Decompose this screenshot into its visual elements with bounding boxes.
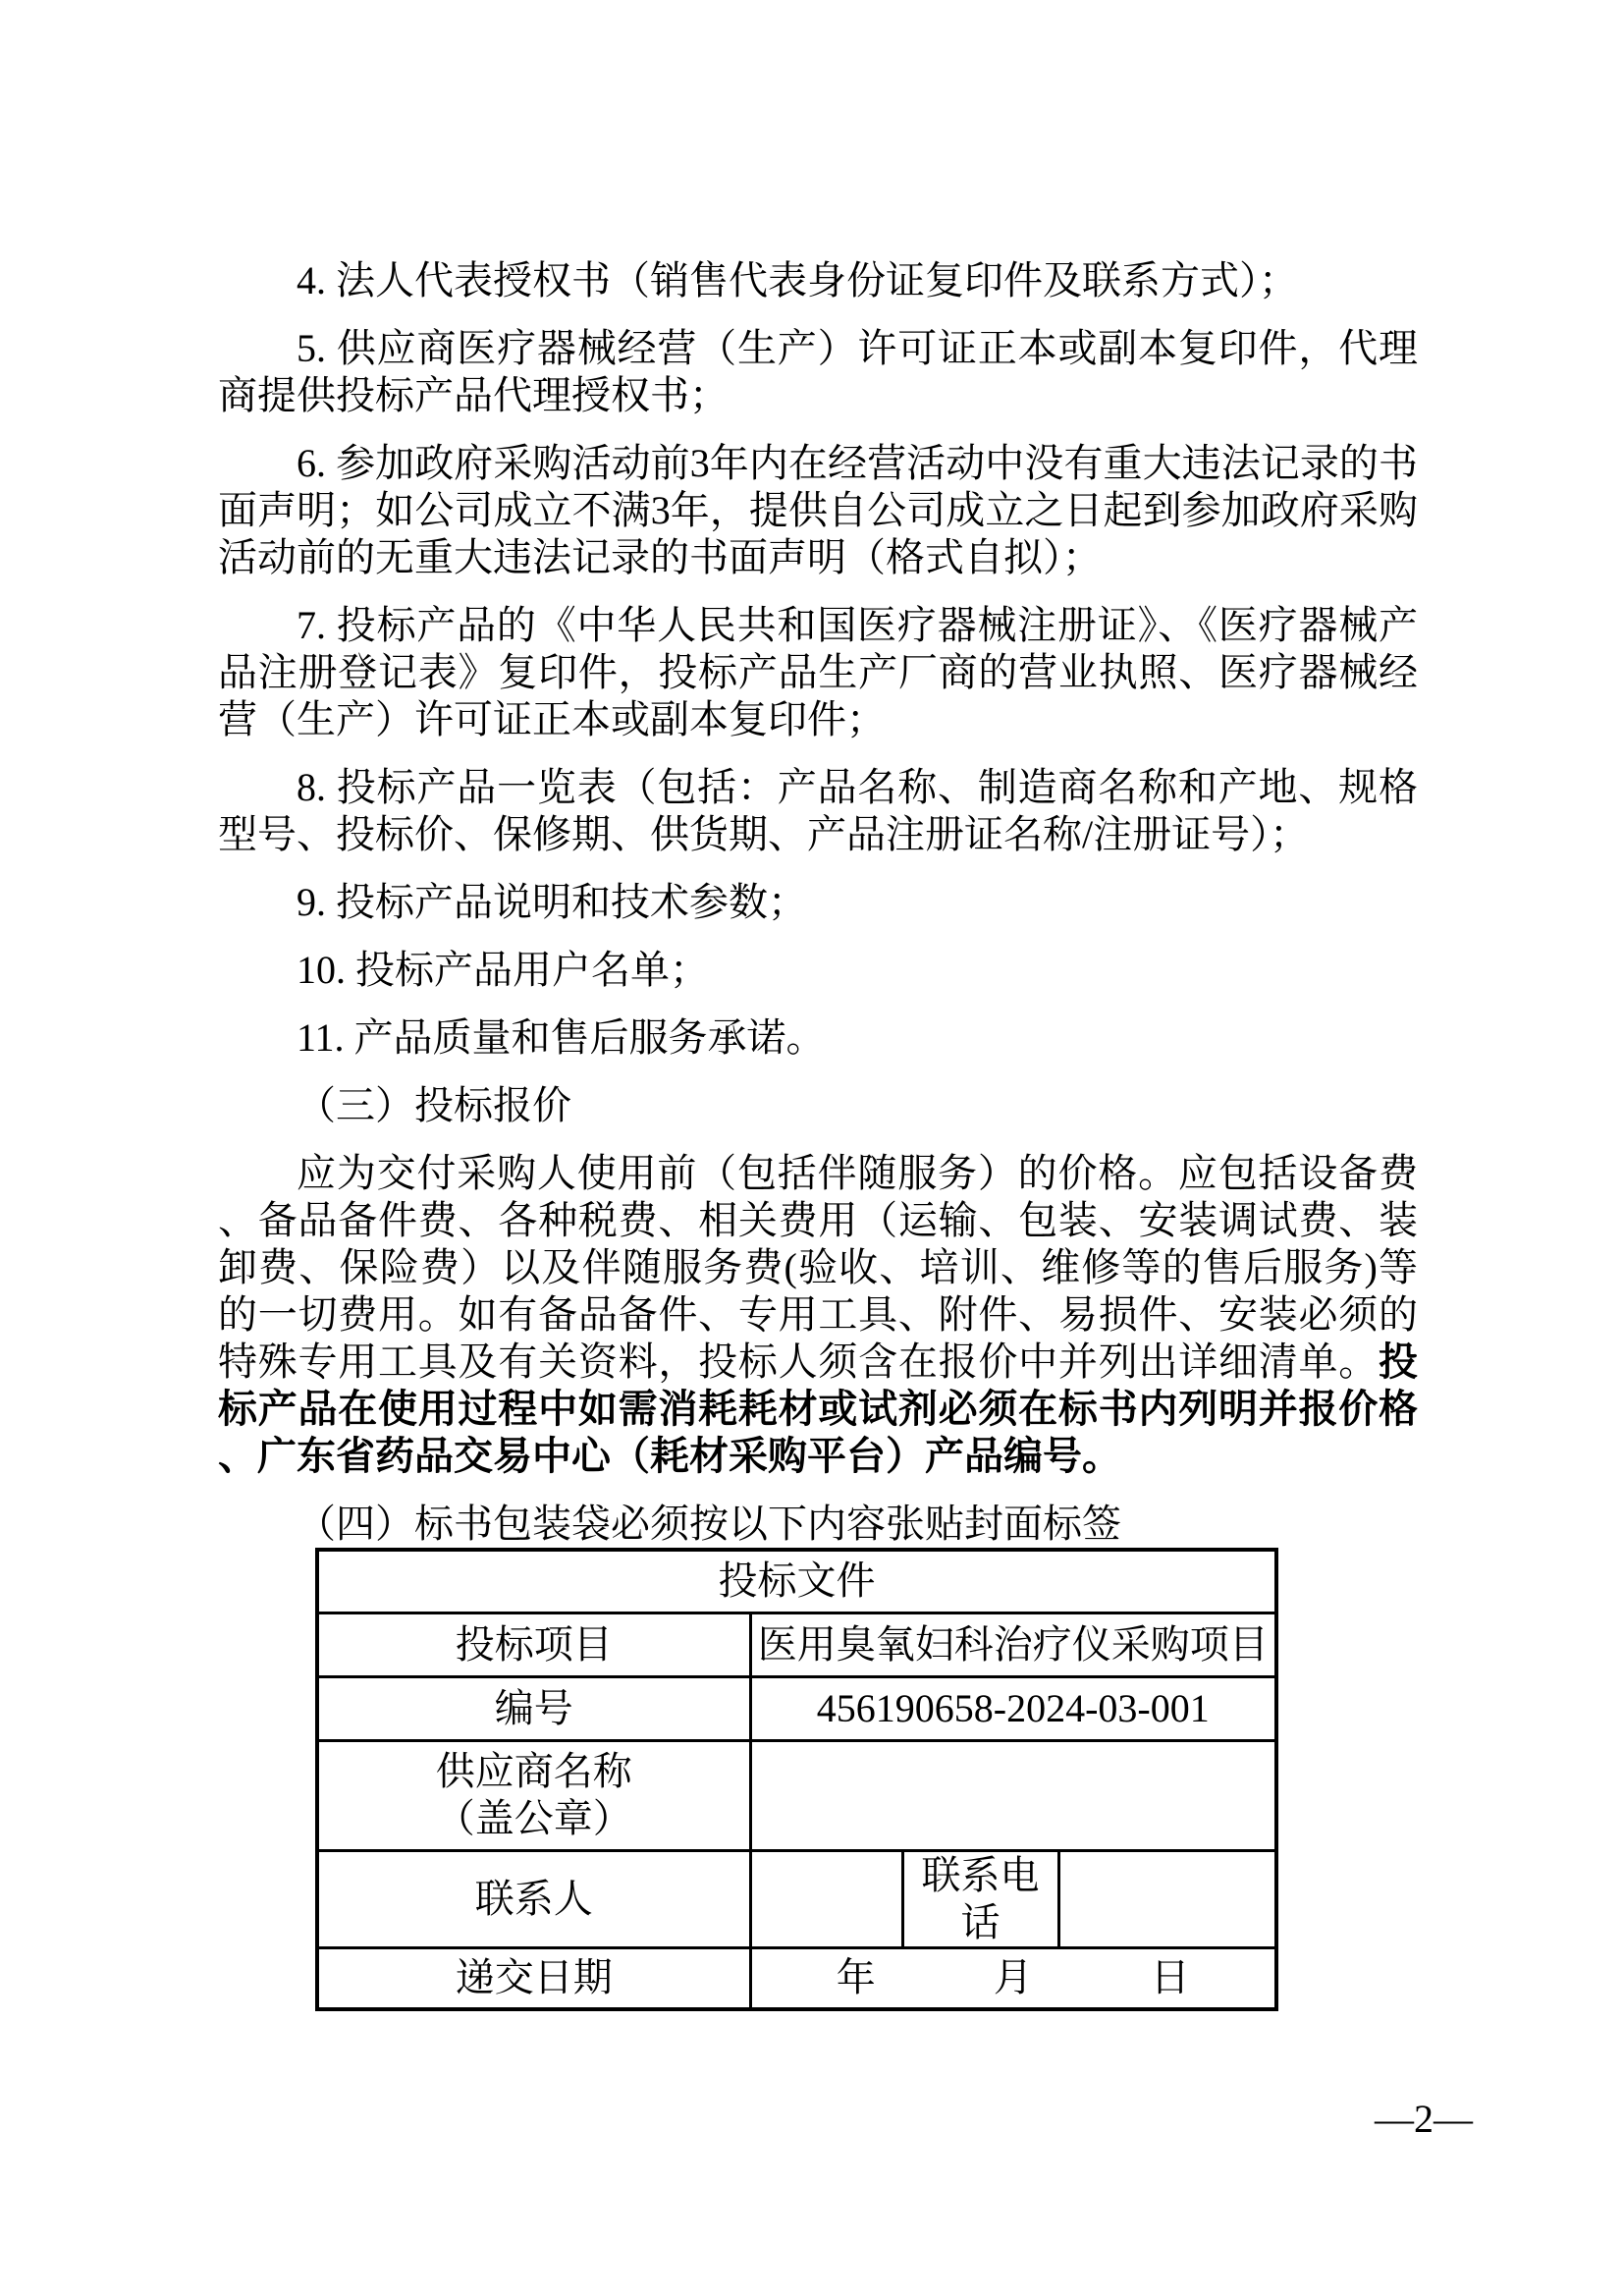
list-item-10: 10. 投标产品用户名单； <box>218 947 1418 994</box>
pricing-paragraph: 应为交付采购人使用前（包括伴随服务）的价格。应包括设备费、备品备件费、各种税费、… <box>218 1150 1418 1480</box>
table-row-project: 投标项目 医用臭氧妇科治疗仪采购项目 <box>317 1613 1276 1676</box>
phone-value-cell <box>1058 1850 1276 1947</box>
document-page: 4. 法人代表授权书（销售代表身份证复印件及联系方式）； 5. 供应商医疗器械经… <box>0 0 1623 2296</box>
document-body: 4. 法人代表授权书（销售代表身份证复印件及联系方式）； 5. 供应商医疗器械经… <box>218 257 1418 2011</box>
list-item-7: 7. 投标产品的《中华人民共和国医疗器械注册证》、《医疗器械产品注册登记表》复印… <box>218 602 1418 743</box>
section-4-line: （四）标书包装袋必须按以下内容张贴封面标签 <box>218 1501 1418 1548</box>
list-item-5: 5. 供应商医疗器械经营（生产）许可证正本或副本复印件，代理商提供投标产品代理授… <box>218 325 1418 419</box>
section-3-heading: （三）投标报价 <box>218 1082 1418 1129</box>
list-item-4: 4. 法人代表授权书（销售代表身份证复印件及联系方式）； <box>218 257 1418 304</box>
project-label-cell: 投标项目 <box>317 1613 750 1676</box>
table-row-contact: 联系人 联系电话 <box>317 1850 1276 1947</box>
table-row-title: 投标文件 <box>317 1550 1276 1613</box>
number-value-cell: 456190658-2024-03-001 <box>750 1676 1276 1740</box>
list-item-6: 6. 参加政府采购活动前3年内在经营活动中没有重大违法记录的书面声明；如公司成立… <box>218 440 1418 581</box>
list-item-9: 9. 投标产品说明和技术参数； <box>218 879 1418 926</box>
project-value-cell: 医用臭氧妇科治疗仪采购项目 <box>750 1613 1276 1676</box>
table-row-number: 编号 456190658-2024-03-001 <box>317 1676 1276 1740</box>
list-item-8: 8. 投标产品一览表（包括：产品名称、制造商名称和产地、规格型号、投标价、保修期… <box>218 764 1418 858</box>
supplier-label-cell: 供应商名称 （盖公章） <box>317 1740 750 1850</box>
contact-value-cell <box>750 1850 902 1947</box>
page-number: —2— <box>1375 2098 1473 2141</box>
date-value-cell: 年 月 日 <box>750 1947 1276 2009</box>
supplier-label-line2: （盖公章） <box>319 1795 749 1842</box>
list-item-11: 11. 产品质量和售后服务承诺。 <box>218 1014 1418 1062</box>
number-label-cell: 编号 <box>317 1676 750 1740</box>
supplier-label-line1: 供应商名称 <box>319 1748 749 1795</box>
table-row-supplier: 供应商名称 （盖公章） <box>317 1740 1276 1850</box>
contact-label-cell: 联系人 <box>317 1850 750 1947</box>
bid-envelope-label-table: 投标文件 投标项目 医用臭氧妇科治疗仪采购项目 编号 456190658-202… <box>315 1548 1278 2011</box>
pricing-paragraph-normal: 应为交付采购人使用前（包括伴随服务）的价格。应包括设备费、备品备件费、各种税费、… <box>218 1151 1418 1384</box>
phone-label-cell: 联系电话 <box>902 1850 1058 1947</box>
table-title-cell: 投标文件 <box>317 1550 1276 1613</box>
supplier-value-cell <box>750 1740 1276 1850</box>
table-row-date: 递交日期 年 月 日 <box>317 1947 1276 2009</box>
date-label-cell: 递交日期 <box>317 1947 750 2009</box>
